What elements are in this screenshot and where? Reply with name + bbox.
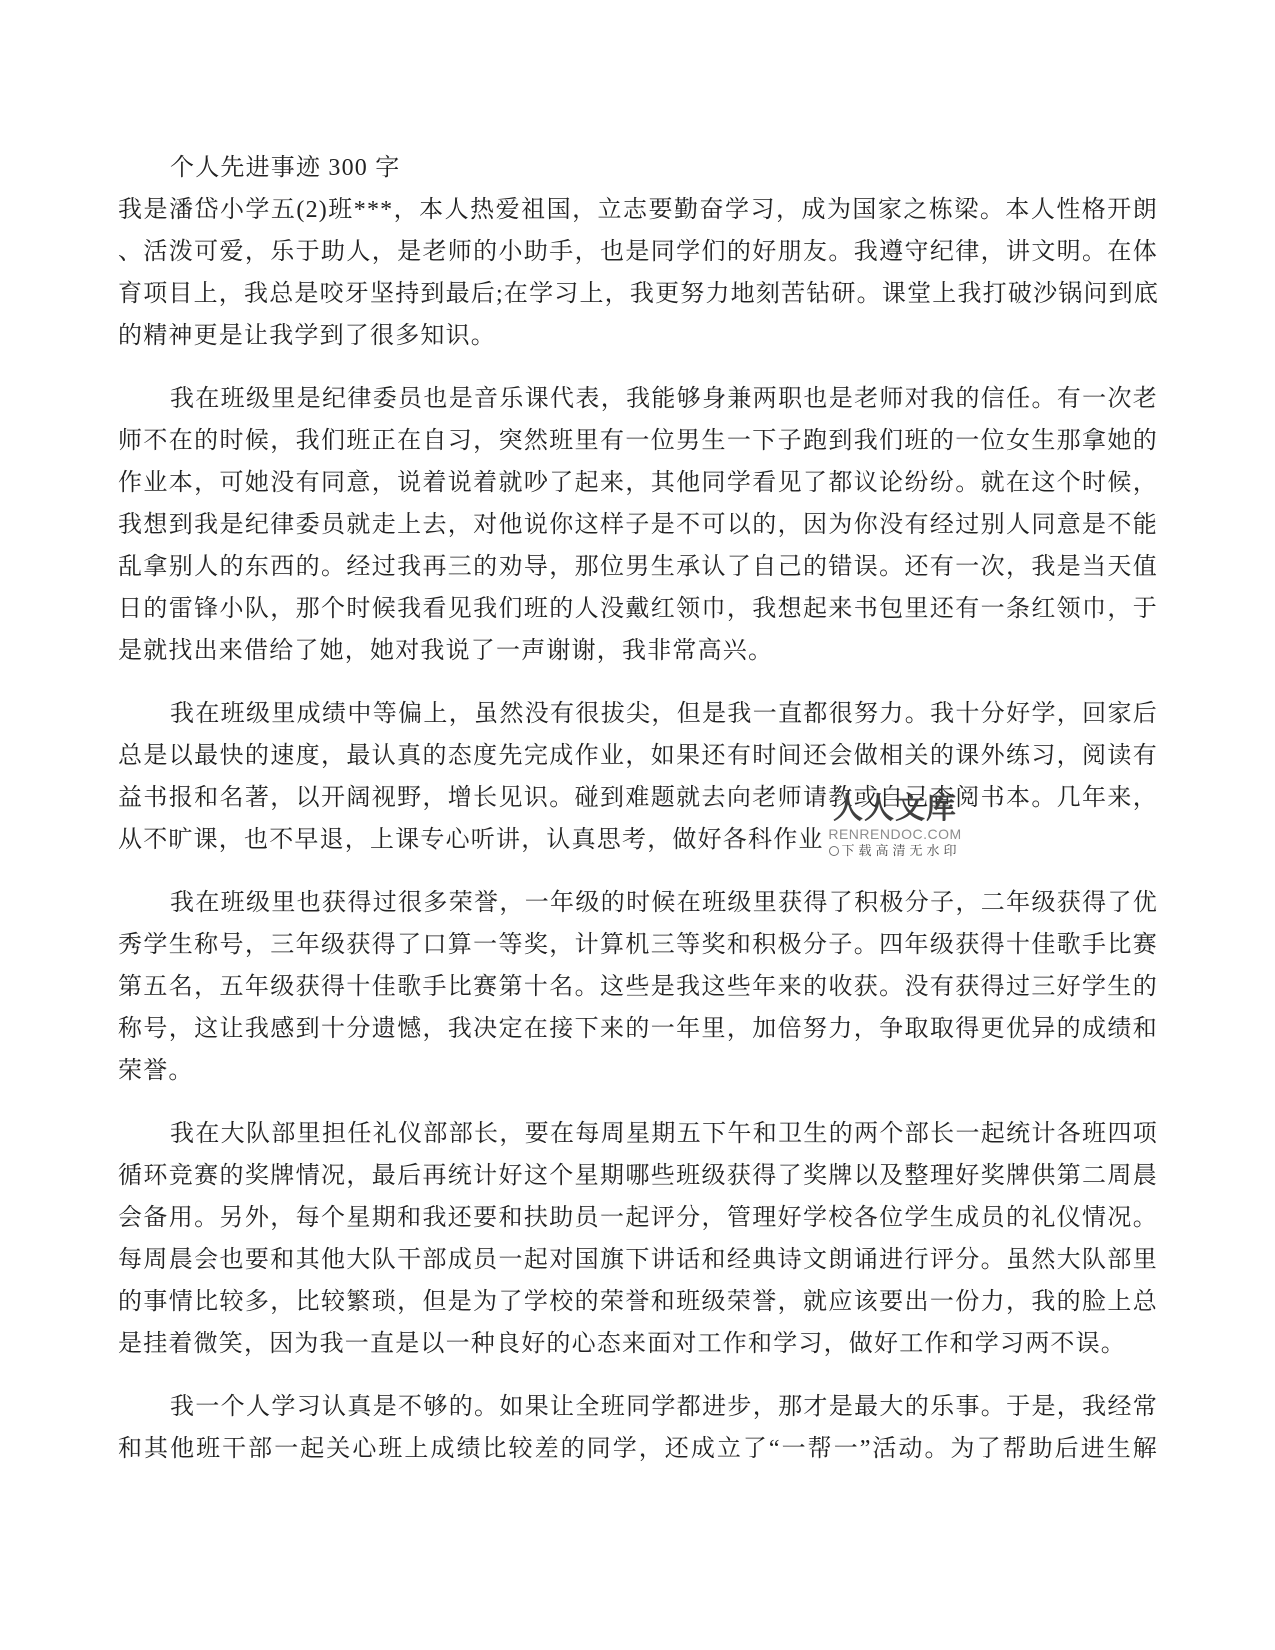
text-line: 总是以最快的速度，最认真的态度先完成作业，如果还有时间还会做相关的课外练习，阅读…: [118, 735, 1158, 777]
paragraph: 我在班级里也获得过很多荣誉，一年级的时候在班级里获得了积极分子，二年级获得了优秀…: [118, 882, 1158, 1092]
text-line: 从不旷课，也不早退，上课专心听讲，认真思考，做好各科作业: [118, 819, 1158, 861]
paragraphs-container: 我是潘岱小学五(2)班***，本人热爱祖国，立志要勤奋学习，成为国家之栋梁。本人…: [118, 189, 1158, 1470]
text-line: 我在大队部里担任礼仪部部长，要在每周星期五下午和卫生的两个部长一起统计各班四项: [118, 1113, 1158, 1155]
text-line: 的事情比较多，比较繁琐，但是为了学校的荣誉和班级荣誉，就应该要出一份力，我的脸上…: [118, 1281, 1158, 1323]
paragraph: 我在大队部里担任礼仪部部长，要在每周星期五下午和卫生的两个部长一起统计各班四项循…: [118, 1113, 1158, 1365]
text-line: 乱拿别人的东西的。经过我再三的劝导，那位男生承认了自己的错误。还有一次，我是当天…: [118, 546, 1158, 588]
document-page: 个人先进事迹 300 字 我是潘岱小学五(2)班***，本人热爱祖国，立志要勤奋…: [0, 0, 1275, 1650]
text-line: 师不在的时候，我们班正在自习，突然班里有一位男生一下子跑到我们班的一位女生那拿她…: [118, 420, 1158, 462]
text-line: 第五名，五年级获得十佳歌手比赛第十名。这些是我这些年来的收获。没有获得过三好学生…: [118, 966, 1158, 1008]
text-line: 作业本，可她没有同意，说着说着就吵了起来，其他同学看见了都议论纷纷。就在这个时候…: [118, 462, 1158, 504]
text-line: 是挂着微笑，因为我一直是以一种良好的心态来面对工作和学习，做好工作和学习两不误。: [118, 1323, 1158, 1365]
paragraph: 我一个人学习认真是不够的。如果让全班同学都进步，那才是最大的乐事。于是，我经常和…: [118, 1386, 1158, 1470]
text-line: 我一个人学习认真是不够的。如果让全班同学都进步，那才是最大的乐事。于是，我经常: [118, 1386, 1158, 1428]
text-line: 我想到我是纪律委员就走上去，对他说你这样子是不可以的，因为你没有经过别人同意是不…: [118, 504, 1158, 546]
text-line: 秀学生称号，三年级获得了口算一等奖，计算机三等奖和积极分子。四年级获得十佳歌手比…: [118, 924, 1158, 966]
text-line: 和其他班干部一起关心班上成绩比较差的同学，还成立了“一帮一”活动。为了帮助后进生…: [118, 1428, 1158, 1470]
paragraph: 我是潘岱小学五(2)班***，本人热爱祖国，立志要勤奋学习，成为国家之栋梁。本人…: [118, 189, 1158, 357]
text-line: 我在班级里是纪律委员也是音乐课代表，我能够身兼两职也是老师对我的信任。有一次老: [118, 378, 1158, 420]
document-title: 个人先进事迹 300 字: [118, 147, 1158, 189]
text-line: 我在班级里也获得过很多荣誉，一年级的时候在班级里获得了积极分子，二年级获得了优: [118, 882, 1158, 924]
text-line: 益书报和名著，以开阔视野，增长见识。碰到难题就去向老师请教或自己查阅书本。几年来…: [118, 777, 1158, 819]
text-line: 循环竞赛的奖牌情况，最后再统计好这个星期哪些班级获得了奖牌以及整理好奖牌供第二周…: [118, 1155, 1158, 1197]
text-line: 育项目上，我总是咬牙坚持到最后;在学习上，我更努力地刻苦钻研。课堂上我打破沙锅问…: [118, 273, 1158, 315]
paragraph: 我在班级里是纪律委员也是音乐课代表，我能够身兼两职也是老师对我的信任。有一次老师…: [118, 378, 1158, 672]
paragraph: 我在班级里成绩中等偏上，虽然没有很拔尖，但是我一直都很努力。我十分好学，回家后总…: [118, 693, 1158, 861]
document-content: 个人先进事迹 300 字 我是潘岱小学五(2)班***，本人热爱祖国，立志要勤奋…: [118, 147, 1158, 1470]
text-line: 的精神更是让我学到了很多知识。: [118, 315, 1158, 357]
text-line: 我是潘岱小学五(2)班***，本人热爱祖国，立志要勤奋学习，成为国家之栋梁。本人…: [118, 189, 1158, 231]
text-line: 、活泼可爱，乐于助人，是老师的小助手，也是同学们的好朋友。我遵守纪律，讲文明。在…: [118, 231, 1158, 273]
text-line: 日的雷锋小队，那个时候我看见我们班的人没戴红领巾，我想起来书包里还有一条红领巾，…: [118, 588, 1158, 630]
text-line: 会备用。另外，每个星期和我还要和扶助员一起评分，管理好学校各位学生成员的礼仪情况…: [118, 1197, 1158, 1239]
text-line: 称号，这让我感到十分遗憾，我决定在接下来的一年里，加倍努力，争取取得更优异的成绩…: [118, 1008, 1158, 1050]
text-line: 荣誉。: [118, 1050, 1158, 1092]
text-line: 我在班级里成绩中等偏上，虽然没有很拔尖，但是我一直都很努力。我十分好学，回家后: [118, 693, 1158, 735]
text-line: 是就找出来借给了她，她对我说了一声谢谢，我非常高兴。: [118, 630, 1158, 672]
text-line: 每周晨会也要和其他大队干部成员一起对国旗下讲话和经典诗文朗诵进行评分。虽然大队部…: [118, 1239, 1158, 1281]
